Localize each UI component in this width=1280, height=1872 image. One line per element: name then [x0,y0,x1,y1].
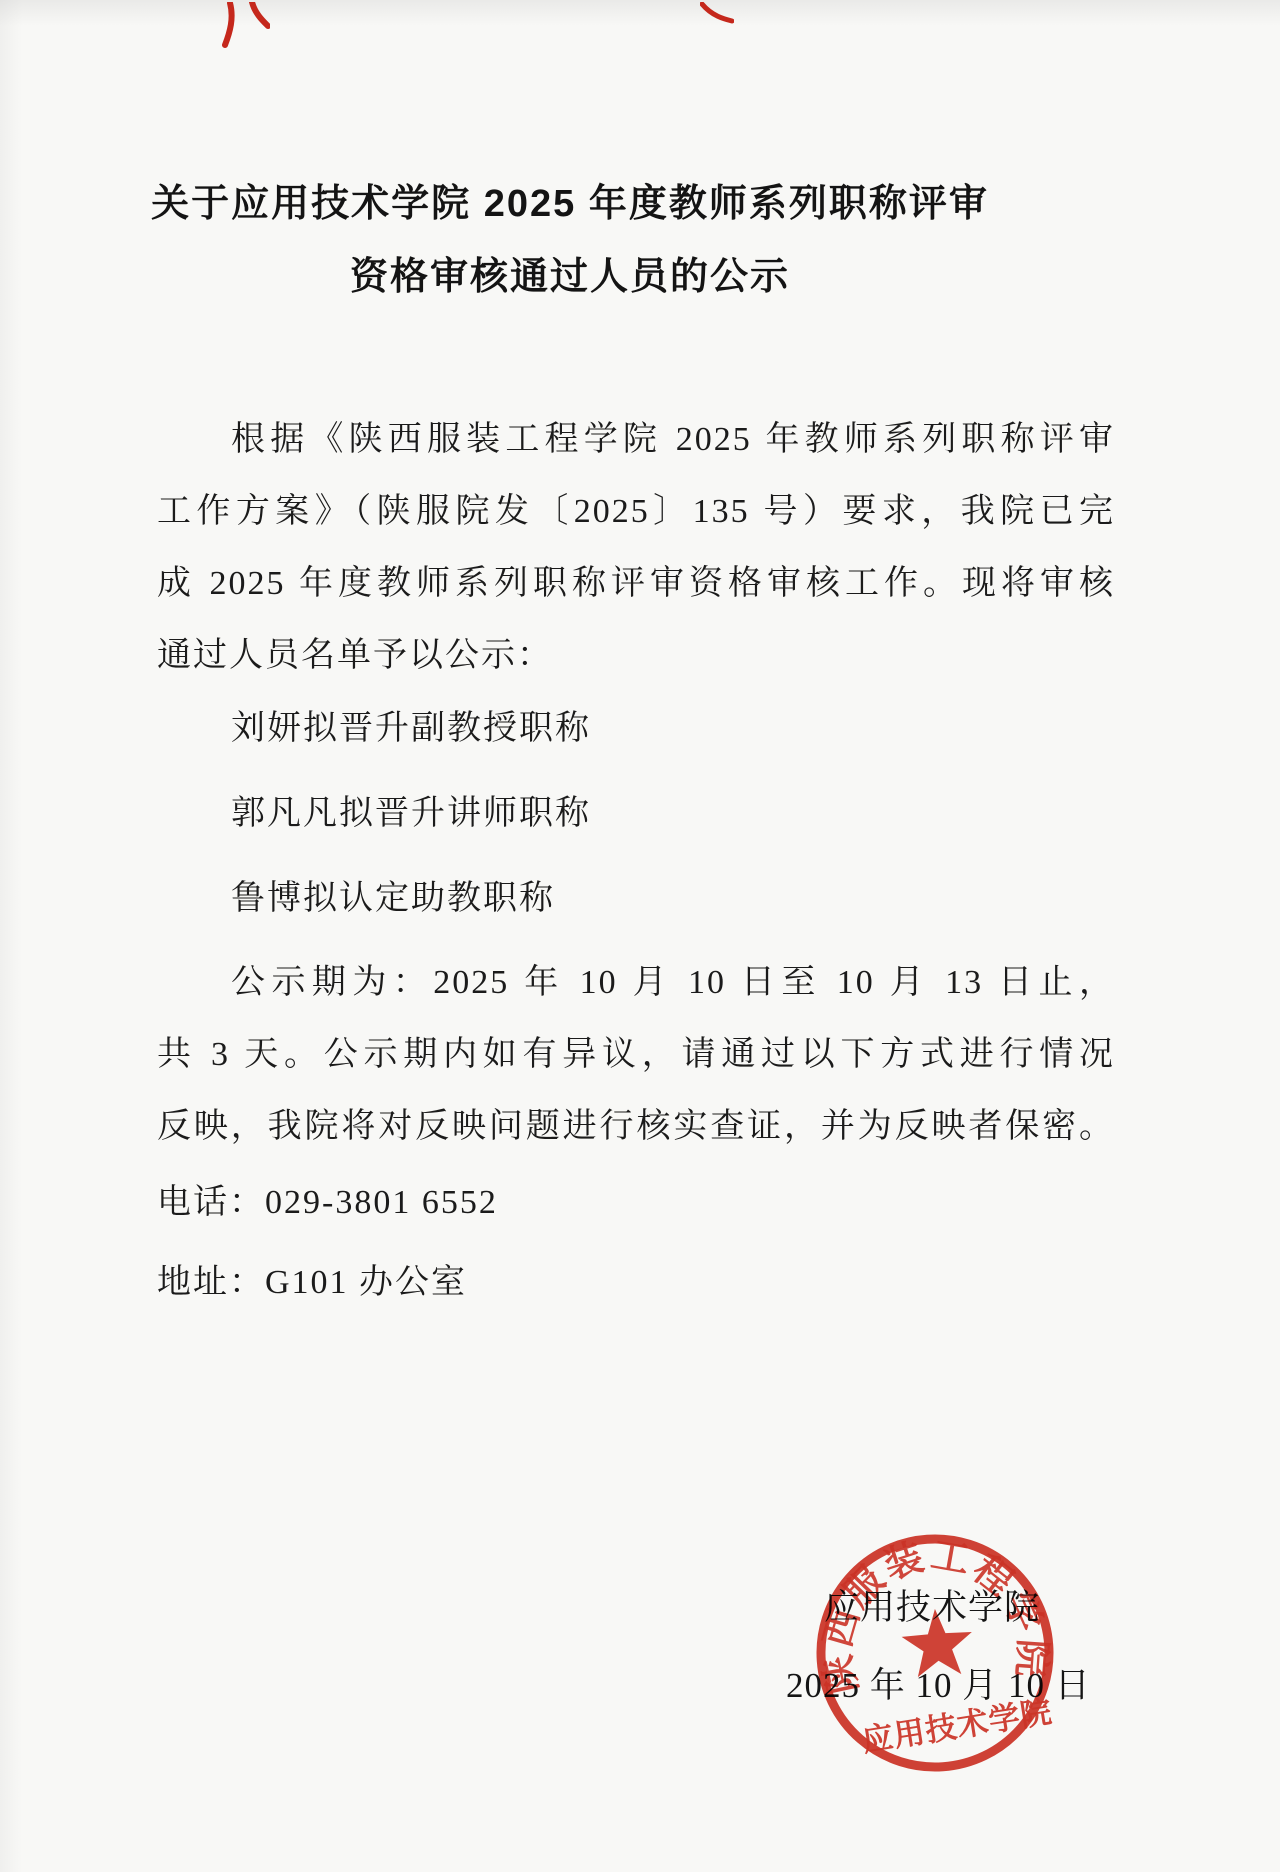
contact-address: 地址：G101 办公室 [157,1243,1115,1323]
body-line: 工作方案》（陕服院发〔2025〕135 号）要求，我院已完 [157,476,1115,548]
body-line: 反映，我院将对反映问题进行核实查证，并为反映者保密。 [157,1091,1115,1163]
approved-name-item: 郭凡凡拟晋升讲师职称 [157,777,1115,862]
red-scan-mark-icon [222,2,270,48]
title-line-2: 资格审核通过人员的公示 [0,241,1140,314]
body-line: 根据《陕西服装工程学院 2025 年教师系列职称评审 [157,404,1115,476]
stamp-bottom-text: 应用技术学院 [860,1694,1055,1759]
document-body: 根据《陕西服装工程学院 2025 年教师系列职称评审 工作方案》（陕服院发〔20… [157,404,1115,1323]
contact-phone: 电话：029-3801 6552 [157,1163,1115,1243]
official-stamp: 陕西服装工程学院 应用技术学院 [799,1517,1070,1788]
svg-text:陕西服装工程学院: 陕西服装工程学院 [808,1526,1056,1697]
body-line: 通过人员名单予以公示： [157,620,1115,692]
approved-name-item: 鲁博拟认定助教职称 [157,862,1115,947]
red-scan-mark-icon [700,2,734,26]
body-line: 成 2025 年度教师系列职称评审资格审核工作。现将审核 [157,548,1115,620]
stamp-ring-text: 陕西服装工程学院 [808,1526,1056,1697]
document-title: 关于应用技术学院 2025 年度教师系列职称评审 资格审核通过人员的公示 [0,168,1140,314]
body-line: 公示期为：2025 年 10 月 10 日至 10 月 13 日止， [157,947,1115,1019]
stamp-star-icon [900,1606,975,1678]
title-line-1: 关于应用技术学院 2025 年度教师系列职称评审 [0,168,1140,241]
body-line: 共 3 天。公示期内如有异议，请通过以下方式进行情况 [157,1019,1115,1091]
approved-name-item: 刘妍拟晋升副教授职称 [157,692,1115,777]
document-page: 关于应用技术学院 2025 年度教师系列职称评审 资格审核通过人员的公示 根据《… [0,0,1280,1872]
